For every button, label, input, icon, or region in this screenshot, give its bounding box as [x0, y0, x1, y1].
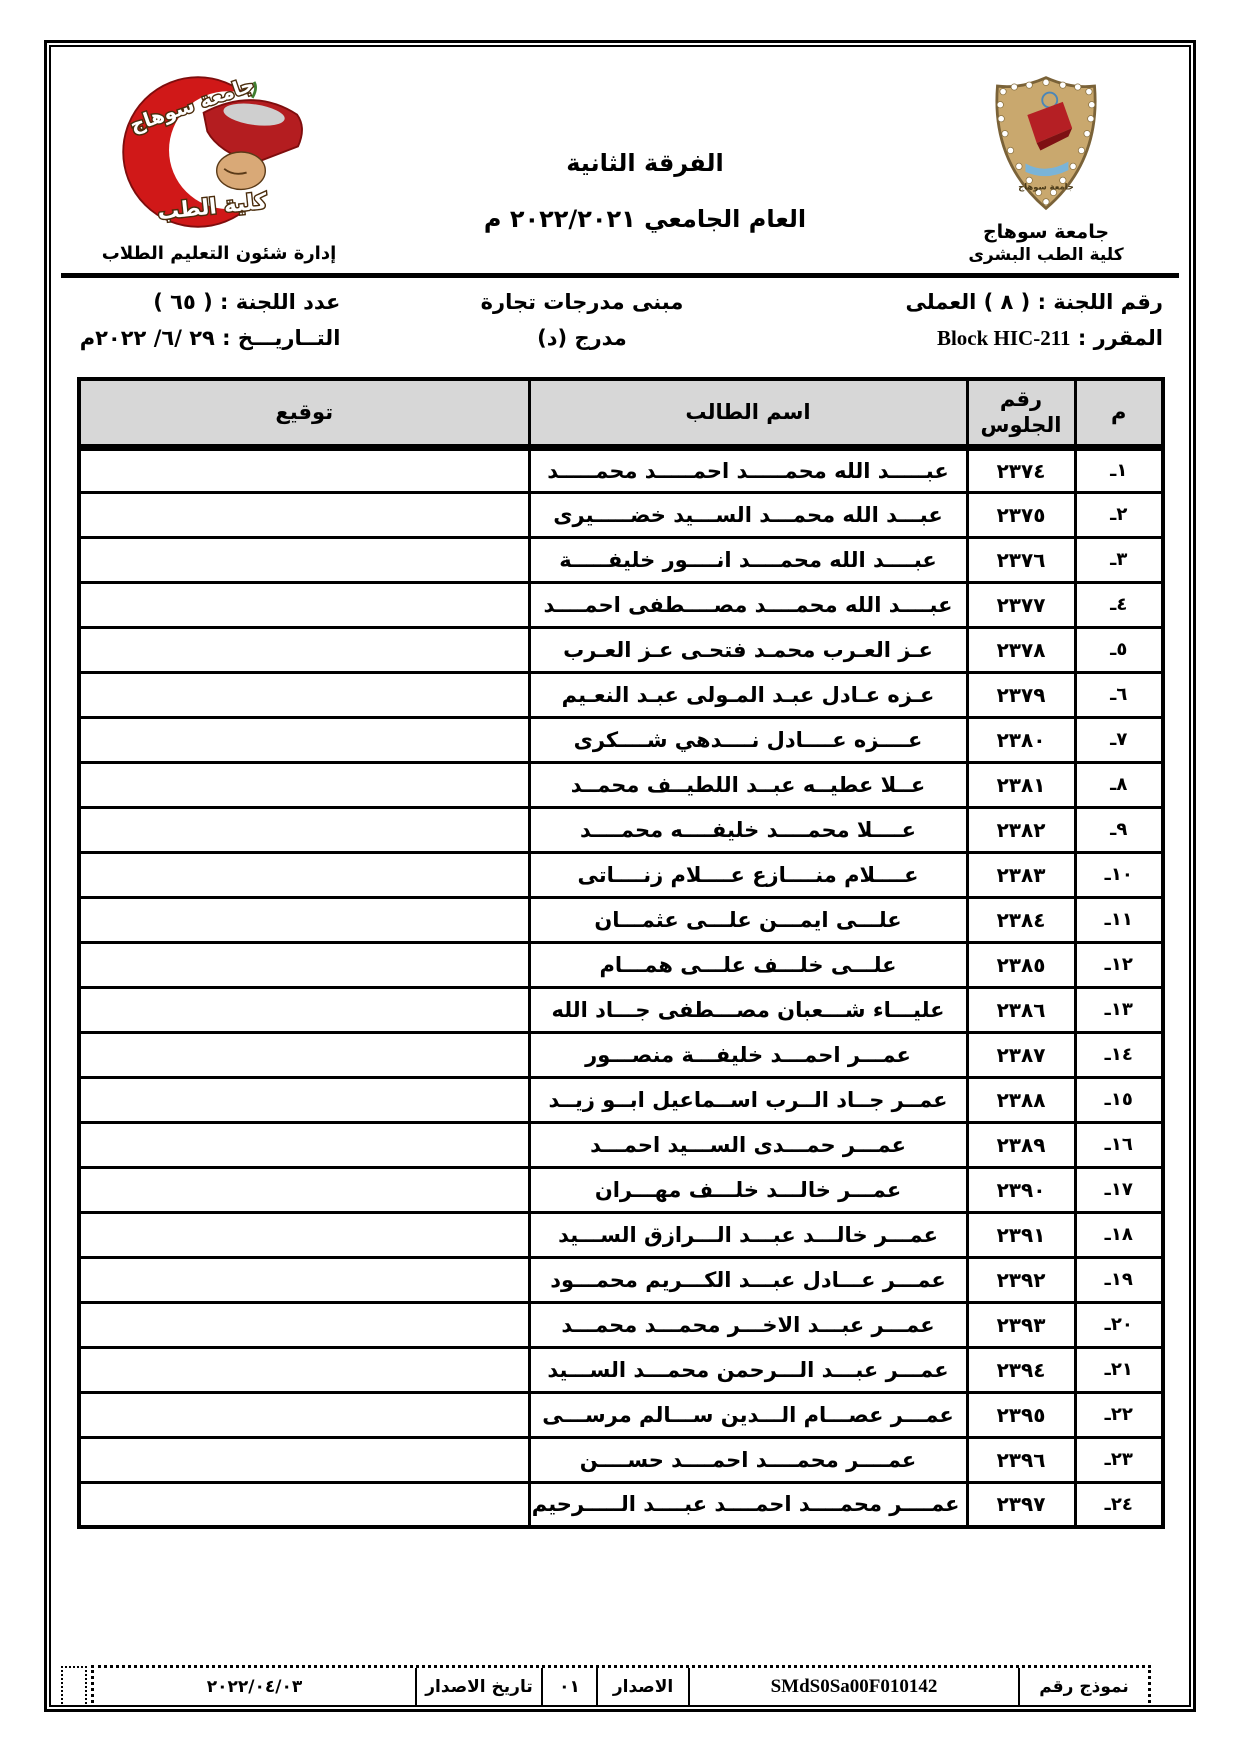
- page-border-inner-frame: جامعة سوهاج جامعة سوهاج كلية الطب البشرى…: [49, 45, 1191, 1707]
- signature-cell: [79, 762, 529, 807]
- student-name: عبــــد الله محمــــد انــــور خليفـــــ…: [529, 537, 967, 582]
- exam-date: التــاريـــخ : ٢٩ /٦/ ٢٠٢٢م: [77, 326, 435, 350]
- table-row: ٣ـ ٢٣٧٦ عبــــد الله محمــــد انــــور خ…: [79, 537, 1163, 582]
- page-header: جامعة سوهاج جامعة سوهاج كلية الطب البشرى…: [51, 47, 1189, 265]
- form-number-value: SMdS0Sa00F010142: [690, 1668, 1020, 1706]
- signature-cell: [79, 1212, 529, 1257]
- row-index: ١١ـ: [1075, 897, 1163, 942]
- header-signature: توقيع: [79, 379, 529, 447]
- table-header-row: م رقم الجلوس اسم الطالب توقيع: [79, 379, 1163, 447]
- seat-number: ٢٣٩٢: [967, 1257, 1075, 1302]
- student-name: عليـــاء شـــعبان مصـــطفى جـــاد الله: [529, 987, 967, 1032]
- table-row: ١٨ـ ٢٣٩١ عمـــر خالـــد عبـــد الـــرازق…: [79, 1212, 1163, 1257]
- signature-cell: [79, 537, 529, 582]
- seat-number: ٢٣٧٥: [967, 492, 1075, 537]
- row-index: ١٦ـ: [1075, 1122, 1163, 1167]
- course-label: المقرر :: [1078, 326, 1163, 350]
- table-row: ٢ـ ٢٣٧٥ عبـــد الله محمـــد الســـيد خضـ…: [79, 492, 1163, 537]
- signature-cell: [79, 942, 529, 987]
- signature-cell: [79, 1437, 529, 1482]
- signature-cell: [79, 852, 529, 897]
- form-number-label: نموذج رقم: [1020, 1668, 1148, 1706]
- signature-cell: [79, 1302, 529, 1347]
- signature-cell: [79, 1482, 529, 1527]
- signature-cell: [79, 492, 529, 537]
- seat-number: ٢٣٧٤: [967, 447, 1075, 492]
- signature-cell: [79, 447, 529, 492]
- crescent-figure-face: [216, 152, 265, 189]
- row-index: ١٥ـ: [1075, 1077, 1163, 1122]
- table-row: ٦ـ ٢٣٧٩ عـزه عـادل عبـد المـولى عبـد الن…: [79, 672, 1163, 717]
- footer-form-table: نموذج رقم SMdS0Sa00F010142 الاصدار ٠١ تا…: [91, 1665, 1151, 1707]
- row-index: ١٨ـ: [1075, 1212, 1163, 1257]
- seat-number: ٢٣٨٤: [967, 897, 1075, 942]
- university-shield-logo: جامعة سوهاج: [990, 73, 1102, 213]
- page-border-frame: جامعة سوهاج جامعة سوهاج كلية الطب البشرى…: [44, 40, 1196, 1712]
- table-row: ٢١ـ ٢٣٩٤ عمـــر عبـــد الـــرحمن محمـــد…: [79, 1347, 1163, 1392]
- table-row: ٧ـ ٢٣٨٠ عــــزه عــــادل نــــدهي شــــك…: [79, 717, 1163, 762]
- student-name: عــــزه عــــادل نــــدهي شــــكرى: [529, 717, 967, 762]
- table-row: ٢٢ـ ٢٣٩٥ عمـــر عصـــام الـــدين ســـالم…: [79, 1392, 1163, 1437]
- header-student-name: اسم الطالب: [529, 379, 967, 447]
- building-name: مبنى مدرجات تجارة: [435, 290, 728, 314]
- table-row: ٩ـ ٢٣٨٢ عــــلا محمــــد خليفــــه محمــ…: [79, 807, 1163, 852]
- seat-number: ٢٣٨٨: [967, 1077, 1075, 1122]
- table-row: ٢٠ـ ٢٣٩٣ عمـــر عبـــد الاخـــر محمـــد …: [79, 1302, 1163, 1347]
- header-index: م: [1075, 379, 1163, 447]
- row-index: ٢١ـ: [1075, 1347, 1163, 1392]
- issue-label: الاصدار: [598, 1668, 690, 1706]
- row-index: ٩ـ: [1075, 807, 1163, 852]
- student-name: عبــــد الله محمــــد مصــــطفى احمــــد: [529, 582, 967, 627]
- academic-year-title: العام الجامعي ٢٠٢٢/٢٠٢١ م: [369, 205, 921, 233]
- row-index: ١ـ: [1075, 447, 1163, 492]
- student-name: عــلا عطيــه عبــد اللطيــف محمــد: [529, 762, 967, 807]
- hall-name: مدرج (د): [435, 326, 728, 350]
- table-row: ١ـ ٢٣٧٤ عبـــــد الله محمـــــد احمـــــ…: [79, 447, 1163, 492]
- signature-cell: [79, 717, 529, 762]
- signature-cell: [79, 807, 529, 852]
- table-row: ١٣ـ ٢٣٨٦ عليـــاء شـــعبان مصـــطفى جـــ…: [79, 987, 1163, 1032]
- student-name: عبـــد الله محمـــد الســـيد خضـــــيرى: [529, 492, 967, 537]
- grade-title: الفرقة الثانية: [369, 149, 921, 177]
- student-name: عـزه عـادل عبـد المـولى عبـد النعـيم: [529, 672, 967, 717]
- row-index: ٢ـ: [1075, 492, 1163, 537]
- student-name: عمـــر حمـــدى الســـيد احمـــد: [529, 1122, 967, 1167]
- student-name: عمـــر عـــادل عبـــد الكـــريم محمـــود: [529, 1257, 967, 1302]
- course-line: المقرر : Block HIC-211: [729, 326, 1163, 351]
- exam-info-row-1: رقم اللجنة : ( ٨ ) العملى مبنى مدرجات تج…: [77, 290, 1163, 314]
- row-index: ١٢ـ: [1075, 942, 1163, 987]
- student-name: عــــلا محمــــد خليفــــه محمــــد: [529, 807, 967, 852]
- student-name: علـــى ايمـــن علـــى عثمـــان: [529, 897, 967, 942]
- table-row: ٤ـ ٢٣٧٧ عبــــد الله محمــــد مصــــطفى …: [79, 582, 1163, 627]
- row-index: ٦ـ: [1075, 672, 1163, 717]
- university-block: جامعة سوهاج جامعة سوهاج كلية الطب البشرى: [921, 61, 1171, 265]
- seat-number: ٢٣٨٥: [967, 942, 1075, 987]
- student-name: عمـــر عصـــام الـــدين ســـالم مرســـى: [529, 1392, 967, 1437]
- row-index: ٧ـ: [1075, 717, 1163, 762]
- title-block: الفرقة الثانية العام الجامعي ٢٠٢٢/٢٠٢١ م: [369, 61, 921, 233]
- row-index: ١٤ـ: [1075, 1032, 1163, 1077]
- table-row: ١٥ـ ٢٣٨٨ عمــر جــاد الــرب اســماعيل اب…: [79, 1077, 1163, 1122]
- faculty-crescent-logo: جامعة سوهاج كلية الطب: [112, 71, 327, 233]
- table-row: ٢٤ـ ٢٣٩٧ عمــــر محمــــد احمــــد عبـــ…: [79, 1482, 1163, 1527]
- seat-number: ٢٣٨٢: [967, 807, 1075, 852]
- seat-number: ٢٣٨٧: [967, 1032, 1075, 1077]
- seat-number: ٢٣٩١: [967, 1212, 1075, 1257]
- seat-number: ٢٣٨٩: [967, 1122, 1075, 1167]
- seat-number: ٢٣٩٦: [967, 1437, 1075, 1482]
- row-index: ٢٤ـ: [1075, 1482, 1163, 1527]
- seat-number: ٢٣٨٠: [967, 717, 1075, 762]
- student-name: عـز العـرب محمـد فتحـى عـز العـرب: [529, 627, 967, 672]
- seat-number: ٢٣٧٨: [967, 627, 1075, 672]
- row-index: ٢٣ـ: [1075, 1437, 1163, 1482]
- student-name: عمـــر خالـــد عبـــد الـــرازق الســـيد: [529, 1212, 967, 1257]
- seat-number: ٢٣٨٦: [967, 987, 1075, 1032]
- table-row: ١٦ـ ٢٣٨٩ عمـــر حمـــدى الســـيد احمـــد: [79, 1122, 1163, 1167]
- table-row: ١٤ـ ٢٣٨٧ عمـــر احمـــد خليفـــة منصـــو…: [79, 1032, 1163, 1077]
- row-index: ١٠ـ: [1075, 852, 1163, 897]
- student-table-body: ١ـ ٢٣٧٤ عبـــــد الله محمـــــد احمـــــ…: [79, 447, 1163, 1527]
- seat-number: ٢٣٩٤: [967, 1347, 1075, 1392]
- signature-cell: [79, 1392, 529, 1437]
- committee-count: عدد اللجنة : ( ٦٥ ): [77, 290, 435, 314]
- page-footer: نموذج رقم SMdS0Sa00F010142 الاصدار ٠١ تا…: [61, 1665, 1151, 1707]
- signature-cell: [79, 987, 529, 1032]
- student-name: علـــى خلـــف علـــى همـــام: [529, 942, 967, 987]
- row-index: ٥ـ: [1075, 627, 1163, 672]
- faculty-name: كلية الطب البشرى: [921, 245, 1171, 265]
- seat-number: ٢٣٧٦: [967, 537, 1075, 582]
- student-name: عمـــر عبـــد الاخـــر محمـــد محمـــد: [529, 1302, 967, 1347]
- seat-number: ٢٣٩٥: [967, 1392, 1075, 1437]
- student-table-head: م رقم الجلوس اسم الطالب توقيع: [79, 379, 1163, 447]
- exam-info-section: رقم اللجنة : ( ٨ ) العملى مبنى مدرجات تج…: [51, 278, 1189, 365]
- table-row: ١٩ـ ٢٣٩٢ عمـــر عـــادل عبـــد الكـــريم…: [79, 1257, 1163, 1302]
- student-name: عمــــر محمــــد احمــــد حســــن: [529, 1437, 967, 1482]
- issue-date-value: ٢٠٢٢/٠٤/٠٣: [94, 1668, 417, 1706]
- department-name: إدارة شئون التعليم الطلاب: [69, 243, 369, 264]
- course-code: Block HIC-211: [937, 326, 1071, 350]
- row-index: ٢٢ـ: [1075, 1392, 1163, 1437]
- student-name: عمـــر احمـــد خليفـــة منصـــور: [529, 1032, 967, 1077]
- university-name: جامعة سوهاج: [921, 221, 1171, 243]
- table-row: ١٠ـ ٢٣٨٣ عــــلام منــــازع عــــلام زنـ…: [79, 852, 1163, 897]
- row-index: ١٣ـ: [1075, 987, 1163, 1032]
- seat-number: ٢٣٩٧: [967, 1482, 1075, 1527]
- issue-value: ٠١: [543, 1668, 598, 1706]
- student-name: عبـــــد الله محمـــــد احمـــــد محمـــ…: [529, 447, 967, 492]
- student-name: عمـــر خالـــد خلـــف مهـــران: [529, 1167, 967, 1212]
- seat-number: ٢٣٧٩: [967, 672, 1075, 717]
- seat-number: ٢٣٨٣: [967, 852, 1075, 897]
- signature-cell: [79, 1167, 529, 1212]
- signature-cell: [79, 627, 529, 672]
- shield-caption-text: جامعة سوهاج: [1018, 182, 1074, 193]
- table-row: ١١ـ ٢٣٨٤ علـــى ايمـــن علـــى عثمـــان: [79, 897, 1163, 942]
- seat-number: ٢٣٩٠: [967, 1167, 1075, 1212]
- exam-info-row-2: المقرر : Block HIC-211 مدرج (د) التــاري…: [77, 326, 1163, 351]
- footer-corner-box: [61, 1666, 87, 1707]
- row-index: ١٩ـ: [1075, 1257, 1163, 1302]
- signature-cell: [79, 897, 529, 942]
- table-row: ٥ـ ٢٣٧٨ عـز العـرب محمـد فتحـى عـز العـر…: [79, 627, 1163, 672]
- committee-number: رقم اللجنة : ( ٨ ) العملى: [729, 290, 1163, 314]
- header-seat-number: رقم الجلوس: [967, 379, 1075, 447]
- signature-cell: [79, 672, 529, 717]
- signature-cell: [79, 1257, 529, 1302]
- student-attendance-table: م رقم الجلوس اسم الطالب توقيع ١ـ ٢٣٧٤ عب…: [77, 377, 1165, 1529]
- seat-number: ٢٣٧٧: [967, 582, 1075, 627]
- student-name: عمـــر عبـــد الـــرحمن محمـــد الســـيد: [529, 1347, 967, 1392]
- row-index: ٤ـ: [1075, 582, 1163, 627]
- seat-number: ٢٣٨١: [967, 762, 1075, 807]
- row-index: ٨ـ: [1075, 762, 1163, 807]
- signature-cell: [79, 1122, 529, 1167]
- signature-cell: [79, 1077, 529, 1122]
- student-name: عــــلام منــــازع عــــلام زنــــاتى: [529, 852, 967, 897]
- signature-cell: [79, 1347, 529, 1392]
- row-index: ١٧ـ: [1075, 1167, 1163, 1212]
- department-block: جامعة سوهاج كلية الطب إدارة شئون التعليم…: [69, 61, 369, 264]
- student-name: عمــــر محمــــد احمــــد عبــــد الــــ…: [529, 1482, 967, 1527]
- signature-cell: [79, 1032, 529, 1077]
- table-row: ١٢ـ ٢٣٨٥ علـــى خلـــف علـــى همـــام: [79, 942, 1163, 987]
- signature-cell: [79, 582, 529, 627]
- row-index: ٢٠ـ: [1075, 1302, 1163, 1347]
- table-row: ٨ـ ٢٣٨١ عــلا عطيــه عبــد اللطيــف محمـ…: [79, 762, 1163, 807]
- seat-number: ٢٣٩٣: [967, 1302, 1075, 1347]
- row-index: ٣ـ: [1075, 537, 1163, 582]
- student-name: عمــر جــاد الــرب اســماعيل ابــو زيــد: [529, 1077, 967, 1122]
- issue-date-label: تاريخ الاصدار: [417, 1668, 543, 1706]
- table-row: ١٧ـ ٢٣٩٠ عمـــر خالـــد خلـــف مهـــران: [79, 1167, 1163, 1212]
- table-row: ٢٣ـ ٢٣٩٦ عمــــر محمــــد احمــــد حســـ…: [79, 1437, 1163, 1482]
